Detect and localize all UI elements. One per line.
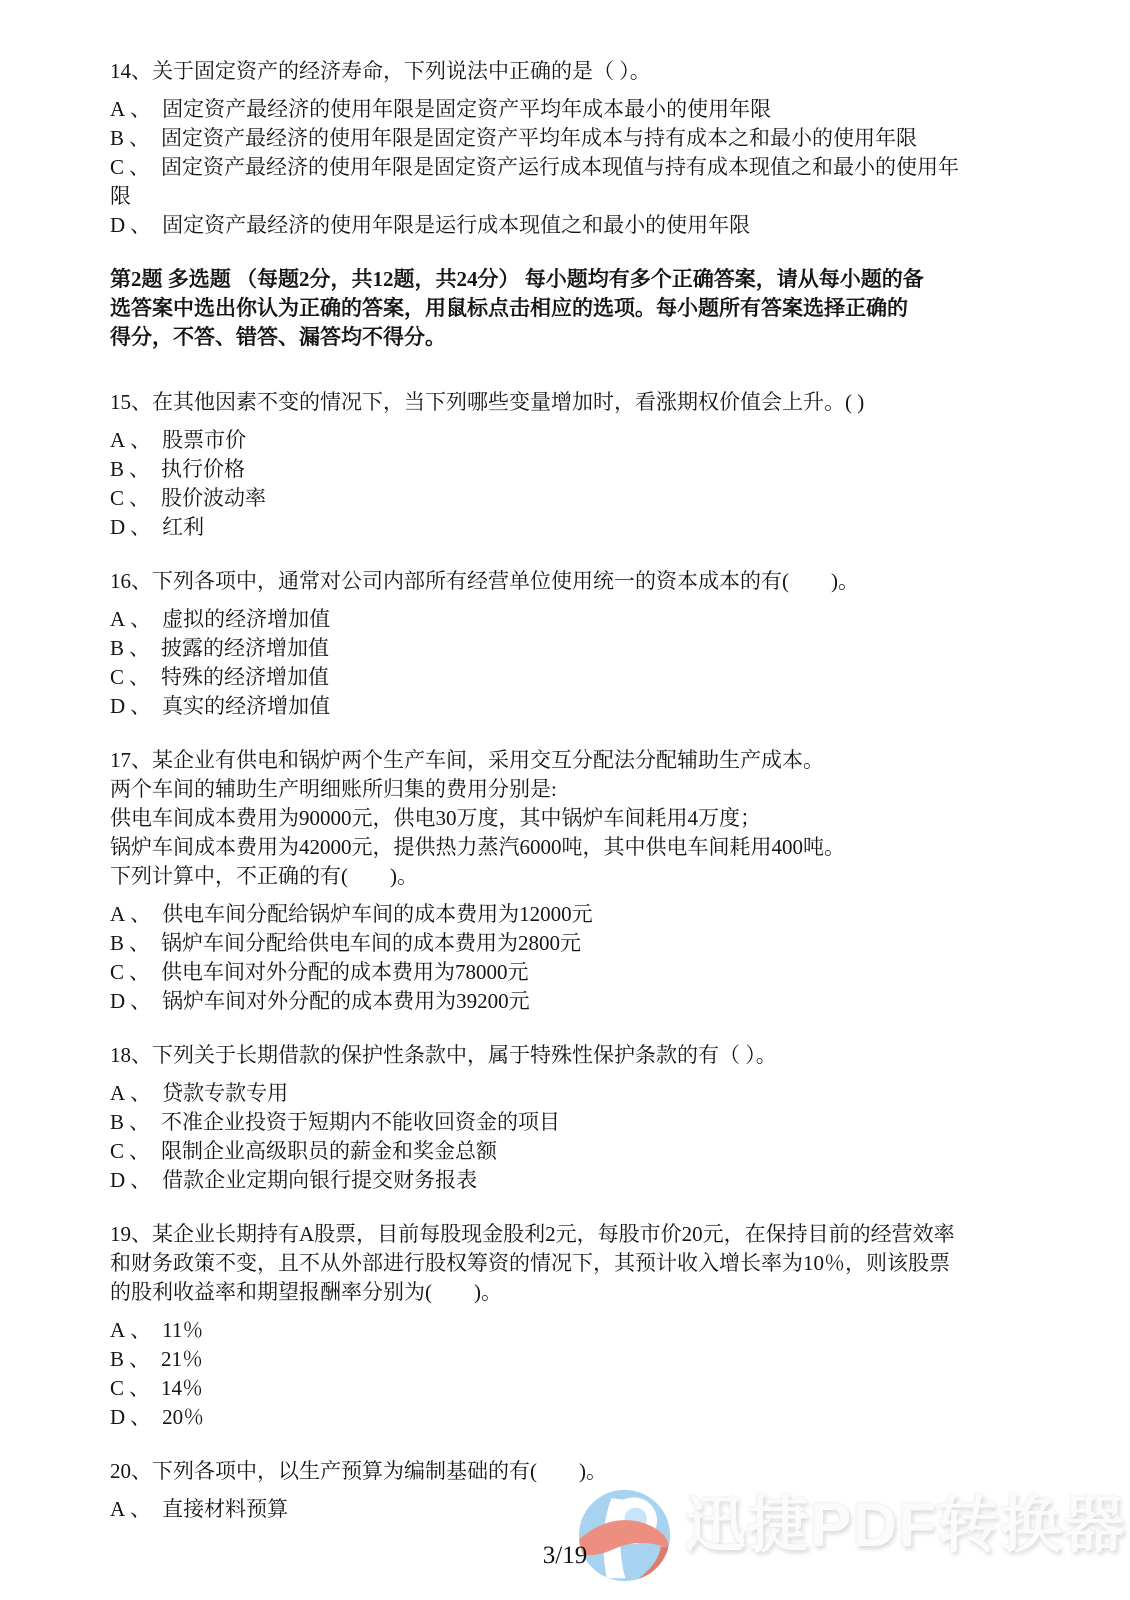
option-text: 红利 xyxy=(162,515,204,539)
option-separator: 、 xyxy=(130,900,151,929)
section-instructions-line: 得分，不答、错答、漏答均不得分。 xyxy=(110,323,1022,352)
question-stem: 14、关于固定资产的经济寿命，下列说法中正确的是（ ）。 xyxy=(110,57,1022,86)
option-text: 贷款专款专用 xyxy=(162,1081,288,1105)
option-text: 特殊的经济增加值 xyxy=(161,665,329,689)
question-stem-line: 供电车间成本费用为90000元，供电30万度，其中锅炉车间耗用4万度； xyxy=(110,804,1022,833)
option-separator: 、 xyxy=(130,1403,151,1432)
option-separator: 、 xyxy=(129,153,150,182)
option-separator: 、 xyxy=(129,958,150,987)
option-separator: 、 xyxy=(130,605,151,634)
option-text: 固定资产最经济的使用年限是固定资产运行成本现值与持有成本现值之和最小的使用年 xyxy=(161,155,959,179)
option-text: 固定资产最经济的使用年限是固定资产平均年成本与持有成本之和最小的使用年限 xyxy=(161,126,917,150)
option-row: D、20％ xyxy=(110,1403,1022,1432)
options-list: A、贷款专款专用B、不准企业投资于短期内不能收回资金的项目C、限制企业高级职员的… xyxy=(110,1079,1022,1195)
option-separator: 、 xyxy=(130,513,151,542)
option-text: 11％ xyxy=(162,1318,203,1342)
question-stem-line: 18、下列关于长期借款的保护性条款中，属于特殊性保护条款的有（ ）。 xyxy=(110,1041,1022,1070)
option-row: B、固定资产最经济的使用年限是固定资产平均年成本与持有成本之和最小的使用年限 xyxy=(110,124,1022,153)
option-row: C、限制企业高级职员的薪金和奖金总额 xyxy=(110,1137,1022,1166)
option-row: B、披露的经济增加值 xyxy=(110,634,1022,663)
question-block: 20、下列各项中，以生产预算为编制基础的有( )。A、直接材料预算 xyxy=(110,1457,1022,1524)
question-stem-line: 两个车间的辅助生产明细账所归集的费用分别是: xyxy=(110,775,1022,804)
option-text: 21％ xyxy=(161,1347,203,1371)
option-label: C xyxy=(110,1137,124,1166)
option-label: A xyxy=(110,95,125,124)
question-stem-line: 15、在其他因素不变的情况下，当下列哪些变量增加时，看涨期权价值会上升。( ) xyxy=(110,388,1022,417)
option-row: B、执行价格 xyxy=(110,455,1022,484)
exam-content: 14、关于固定资产的经济寿命，下列说法中正确的是（ ）。A、固定资产最经济的使用… xyxy=(110,57,1022,1549)
option-row: C、股价波动率 xyxy=(110,484,1022,513)
option-row: C、固定资产最经济的使用年限是固定资产运行成本现值与持有成本现值之和最小的使用年 xyxy=(110,153,1022,182)
option-row: A、供电车间分配给锅炉车间的成本费用为12000元 xyxy=(110,900,1022,929)
option-separator: 、 xyxy=(129,1374,150,1403)
question-block: 14、关于固定资产的经济寿命，下列说法中正确的是（ ）。A、固定资产最经济的使用… xyxy=(110,57,1022,240)
options-list: A、股票市价B、执行价格C、股价波动率D、红利 xyxy=(110,426,1022,542)
option-text: 供电车间分配给锅炉车间的成本费用为12000元 xyxy=(162,902,593,926)
question-stem-line: 19、某企业长期持有A股票，目前每股现金股利2元，每股市价20元，在保持目前的经… xyxy=(110,1220,1022,1249)
option-label: A xyxy=(110,605,125,634)
option-text: 供电车间对外分配的成本费用为78000元 xyxy=(161,960,529,984)
option-separator: 、 xyxy=(130,1316,151,1345)
option-row: A、11％ xyxy=(110,1316,1022,1345)
option-label: D xyxy=(110,513,125,542)
option-row: A、固定资产最经济的使用年限是固定资产平均年成本最小的使用年限 xyxy=(110,95,1022,124)
question-stem-line: 14、关于固定资产的经济寿命，下列说法中正确的是（ ）。 xyxy=(110,57,1022,86)
option-label: A xyxy=(110,1316,125,1345)
option-label: B xyxy=(110,929,124,958)
option-label: A xyxy=(110,1495,125,1524)
option-label: C xyxy=(110,958,124,987)
option-label: C xyxy=(110,663,124,692)
question-stem: 16、下列各项中，通常对公司内部所有经营单位使用统一的资本成本的有( )。 xyxy=(110,567,1022,596)
options-list: A、直接材料预算 xyxy=(110,1495,1022,1524)
option-continuation-line: 限 xyxy=(110,182,1022,211)
option-row: D、锅炉车间对外分配的成本费用为39200元 xyxy=(110,987,1022,1016)
option-separator: 、 xyxy=(130,211,151,240)
option-text: 股票市价 xyxy=(162,428,246,452)
question-block: 15、在其他因素不变的情况下，当下列哪些变量增加时，看涨期权价值会上升。( )A… xyxy=(110,388,1022,542)
option-label: B xyxy=(110,455,124,484)
option-text: 直接材料预算 xyxy=(162,1497,288,1521)
question-stem: 17、某企业有供电和锅炉两个生产车间，采用交互分配法分配辅助生产成本。两个车间的… xyxy=(110,746,1022,891)
option-separator: 、 xyxy=(129,634,150,663)
question-stem-line: 20、下列各项中，以生产预算为编制基础的有( )。 xyxy=(110,1457,1022,1486)
option-separator: 、 xyxy=(129,455,150,484)
option-separator: 、 xyxy=(130,987,151,1016)
option-separator: 、 xyxy=(130,426,151,455)
option-separator: 、 xyxy=(129,1108,150,1137)
option-text: 借款企业定期向银行提交财务报表 xyxy=(162,1168,477,1192)
option-text: 锅炉车间对外分配的成本费用为39200元 xyxy=(162,989,530,1013)
option-separator: 、 xyxy=(130,1079,151,1108)
option-row: A、直接材料预算 xyxy=(110,1495,1022,1524)
section-instructions-line: 选答案中选出你认为正确的答案，用鼠标点击相应的选项。每小题所有答案选择正确的 xyxy=(110,294,1022,323)
question-stem: 20、下列各项中，以生产预算为编制基础的有( )。 xyxy=(110,1457,1022,1486)
option-text: 股价波动率 xyxy=(161,486,266,510)
question-block: 16、下列各项中，通常对公司内部所有经营单位使用统一的资本成本的有( )。A、虚… xyxy=(110,567,1022,721)
option-text: 虚拟的经济增加值 xyxy=(162,607,330,631)
option-row: D、红利 xyxy=(110,513,1022,542)
option-row: C、供电车间对外分配的成本费用为78000元 xyxy=(110,958,1022,987)
question-stem-line: 下列计算中，不正确的有( )。 xyxy=(110,862,1022,891)
question-stem: 18、下列关于长期借款的保护性条款中，属于特殊性保护条款的有（ ）。 xyxy=(110,1041,1022,1070)
options-list: A、11％B、21％C、14％D、20％ xyxy=(110,1316,1022,1432)
option-text: 14％ xyxy=(161,1376,203,1400)
option-label: A xyxy=(110,1079,125,1108)
option-label: C xyxy=(110,484,124,513)
option-row: B、锅炉车间分配给供电车间的成本费用为2800元 xyxy=(110,929,1022,958)
option-separator: 、 xyxy=(129,124,150,153)
option-row: A、虚拟的经济增加值 xyxy=(110,605,1022,634)
page-number: 3/19 xyxy=(0,1541,1130,1571)
option-text: 真实的经济增加值 xyxy=(162,694,330,718)
options-list: A、虚拟的经济增加值B、披露的经济增加值C、特殊的经济增加值D、真实的经济增加值 xyxy=(110,605,1022,721)
option-label: D xyxy=(110,211,125,240)
option-label: D xyxy=(110,692,125,721)
option-text: 限制企业高级职员的薪金和奖金总额 xyxy=(161,1139,497,1163)
option-separator: 、 xyxy=(129,1137,150,1166)
question-stem-line: 的股利收益率和期望报酬率分别为( )。 xyxy=(110,1278,1022,1307)
option-text: 披露的经济增加值 xyxy=(161,636,329,660)
option-label: B xyxy=(110,124,124,153)
option-separator: 、 xyxy=(129,929,150,958)
question-stem-line: 和财务政策不变，且不从外部进行股权筹资的情况下，其预计收入增长率为10％，则该股… xyxy=(110,1249,1022,1278)
option-row: C、14％ xyxy=(110,1374,1022,1403)
option-separator: 、 xyxy=(129,663,150,692)
question-stem: 15、在其他因素不变的情况下，当下列哪些变量增加时，看涨期权价值会上升。( ) xyxy=(110,388,1022,417)
option-text: 固定资产最经济的使用年限是固定资产平均年成本最小的使用年限 xyxy=(162,97,771,121)
option-row: B、21％ xyxy=(110,1345,1022,1374)
options-list: A、供电车间分配给锅炉车间的成本费用为12000元B、锅炉车间分配给供电车间的成… xyxy=(110,900,1022,1016)
question-stem-line: 锅炉车间成本费用为42000元，提供热力蒸汽6000吨，其中供电车间耗用400吨… xyxy=(110,833,1022,862)
option-label: D xyxy=(110,987,125,1016)
option-row: D、借款企业定期向银行提交财务报表 xyxy=(110,1166,1022,1195)
option-label: B xyxy=(110,1345,124,1374)
option-label: C xyxy=(110,153,124,182)
question-block: 17、某企业有供电和锅炉两个生产车间，采用交互分配法分配辅助生产成本。两个车间的… xyxy=(110,746,1022,1016)
option-text: 执行价格 xyxy=(161,457,245,481)
option-row: A、贷款专款专用 xyxy=(110,1079,1022,1108)
option-label: C xyxy=(110,1374,124,1403)
option-row: D、固定资产最经济的使用年限是运行成本现值之和最小的使用年限 xyxy=(110,211,1022,240)
option-row: C、特殊的经济增加值 xyxy=(110,663,1022,692)
option-row: A、股票市价 xyxy=(110,426,1022,455)
option-text: 固定资产最经济的使用年限是运行成本现值之和最小的使用年限 xyxy=(162,213,750,237)
section-instructions-line: 第2题 多选题 （每题2分，共12题，共24分） 每小题均有多个正确答案，请从每… xyxy=(110,265,1022,294)
option-separator: 、 xyxy=(129,484,150,513)
option-label: B xyxy=(110,1108,124,1137)
question-stem: 19、某企业长期持有A股票，目前每股现金股利2元，每股市价20元，在保持目前的经… xyxy=(110,1220,1022,1307)
question-stem-line: 16、下列各项中，通常对公司内部所有经营单位使用统一的资本成本的有( )。 xyxy=(110,567,1022,596)
option-separator: 、 xyxy=(130,692,151,721)
option-label: D xyxy=(110,1166,125,1195)
option-text: 20％ xyxy=(162,1405,204,1429)
option-label: B xyxy=(110,634,124,663)
pdf-page-body: { "page": { "footer_page_indicator": "3/… xyxy=(0,0,1130,1600)
section-instructions: 第2题 多选题 （每题2分，共12题，共24分） 每小题均有多个正确答案，请从每… xyxy=(110,265,1022,352)
option-row: D、真实的经济增加值 xyxy=(110,692,1022,721)
option-text: 不准企业投资于短期内不能收回资金的项目 xyxy=(161,1110,560,1134)
option-separator: 、 xyxy=(130,1495,151,1524)
option-row: B、不准企业投资于短期内不能收回资金的项目 xyxy=(110,1108,1022,1137)
options-list: A、固定资产最经济的使用年限是固定资产平均年成本最小的使用年限B、固定资产最经济… xyxy=(110,95,1022,240)
option-text: 锅炉车间分配给供电车间的成本费用为2800元 xyxy=(161,931,581,955)
option-label: A xyxy=(110,426,125,455)
question-block: 18、下列关于长期借款的保护性条款中，属于特殊性保护条款的有（ ）。A、贷款专款… xyxy=(110,1041,1022,1195)
document-page: 迅捷PDF转换器 14、关于固定资产的经济寿命，下列说法中正确的是（ ）。A、固… xyxy=(0,0,1130,1600)
question-stem-line: 17、某企业有供电和锅炉两个生产车间，采用交互分配法分配辅助生产成本。 xyxy=(110,746,1022,775)
option-label: A xyxy=(110,900,125,929)
option-separator: 、 xyxy=(129,1345,150,1374)
option-separator: 、 xyxy=(130,95,151,124)
option-label: D xyxy=(110,1403,125,1432)
question-block: 19、某企业长期持有A股票，目前每股现金股利2元，每股市价20元，在保持目前的经… xyxy=(110,1220,1022,1432)
option-separator: 、 xyxy=(130,1166,151,1195)
